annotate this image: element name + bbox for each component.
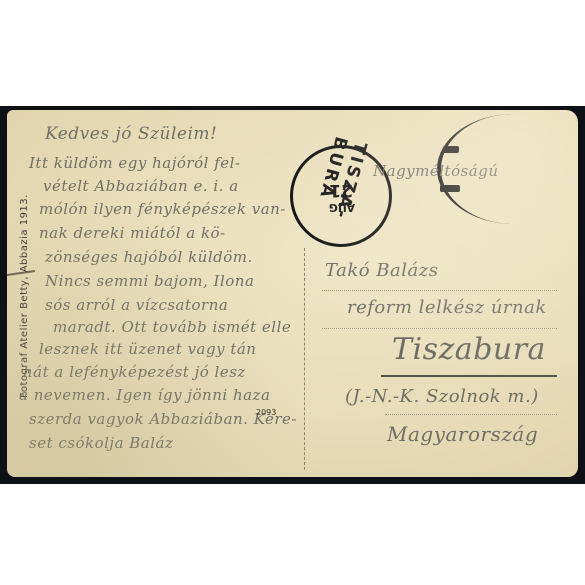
address-salutation: Nagyméltóságú	[373, 162, 499, 180]
address-line	[322, 290, 557, 291]
cancel-bar	[443, 146, 459, 153]
address-country: Magyarország	[387, 422, 538, 446]
postmark: TISZA-BURA AUG 21	[290, 145, 392, 247]
cancel-bar	[440, 185, 460, 192]
message-line: sós arról a vízcsatorna	[45, 296, 228, 314]
message-line: mólón ilyen fényképészek van-	[39, 200, 286, 218]
postmark-month: AUG	[329, 201, 355, 214]
center-divider	[304, 248, 305, 470]
message-line: vételt Abbaziában e. i. a	[43, 177, 239, 195]
address-county: (J.-N.-K. Szolnok m.)	[345, 386, 539, 407]
message-line: Nincs semmi bajom, Ilona	[45, 272, 254, 290]
message-line: Kedves jó Szüleim!	[45, 124, 217, 144]
card-number: 2093	[256, 408, 276, 417]
message-line: nak dereki miától a kö-	[39, 224, 226, 242]
postcard-back: Fotograf Atelier Betty, Abbazia 1913. Ke…	[7, 110, 578, 477]
message-line: set csókolja Baláz	[29, 434, 173, 452]
address-name: Takó Balázs	[325, 260, 438, 281]
postmark-day: 21	[329, 180, 353, 200]
message-line: maradt. Ott tovább ismét elle	[53, 318, 291, 336]
address-line-2: reform lelkész úrnak	[347, 297, 547, 318]
city-underline	[381, 375, 557, 377]
message-line: hát a lefényképezést jó lesz	[23, 363, 246, 381]
message-line: lesznek itt üzenet vagy tán	[39, 340, 256, 358]
address-line	[385, 414, 557, 415]
message-line: Itt küldöm egy hajóról fel-	[29, 154, 241, 172]
address-city: Tiszabura	[392, 332, 546, 367]
message-line: a nevemen. Igen így jönni haza	[19, 386, 270, 404]
address-line	[322, 328, 557, 329]
message-line: zönséges hajóból küldöm.	[45, 248, 253, 266]
